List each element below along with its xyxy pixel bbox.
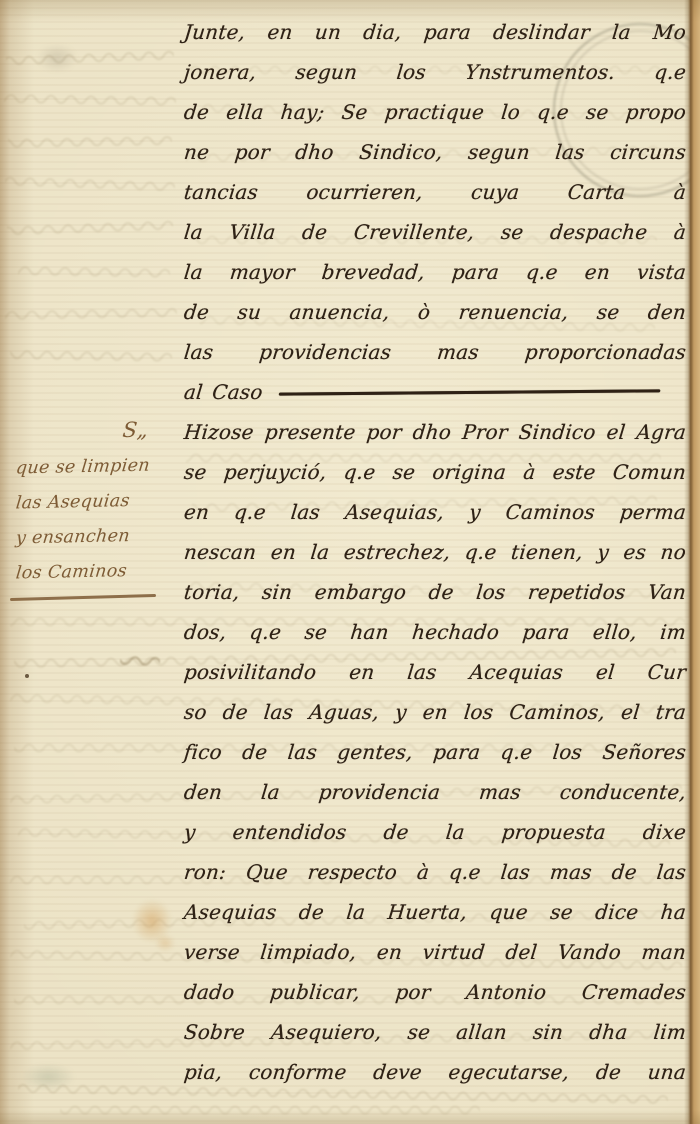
page-edge-bottom [0, 1110, 700, 1124]
manuscript-text-line: Hizose presente por dho Pror Sindico el … [182, 412, 688, 452]
line-text: den la providencia mas conducente, [183, 780, 688, 804]
line-text: de su anuencia, ò renuencia, se den [183, 300, 688, 324]
manuscript-body-text: Junte, en un dia, para deslindar la Mojo… [182, 12, 684, 1092]
manuscript-text-line: de su anuencia, ò renuencia, se den [182, 292, 688, 332]
line-text: posivilitando en las Acequias el Cur [183, 660, 688, 684]
line-text: ron: Que respecto à q.e las mas de las [183, 860, 688, 884]
manuscript-text-line: en q.e las Asequias, y Caminos perma [182, 492, 688, 532]
line-text: Asequias de la Huerta, que se dice ha [183, 900, 688, 924]
manuscript-text-line: se perjuyció, q.e se origina à este Comu… [182, 452, 688, 492]
manuscript-text-line: fico de las gentes, para q.e los Señores [182, 732, 688, 772]
line-text: so de las Aguas, y en los Caminos, el tr… [183, 700, 688, 724]
manuscript-text-line: den la providencia mas conducente, [182, 772, 688, 812]
manuscript-text-line: de ella hay; Se practique lo q.e se prop… [182, 92, 688, 132]
line-text: nescan en la estrechez, q.e tienen, y es… [183, 540, 688, 564]
manuscript-text-line: so de las Aguas, y en los Caminos, el tr… [182, 692, 688, 732]
manuscript-text-line: jonera, segun los Ynstrumentos. q.e [182, 52, 688, 92]
line-text: Sobre Asequiero, se allan sin dha lim [183, 1020, 688, 1044]
line-text: las providencias mas proporcionadas [183, 340, 688, 364]
manuscript-text-line: ne por dho Sindico, segun las circuns [182, 132, 688, 172]
inked-rule [278, 389, 660, 395]
page-edge-top [0, 0, 700, 22]
manuscript-text-line: tancias ocurrieren, cuya Carta à [182, 172, 688, 212]
line-text: ne por dho Sindico, segun las circuns [183, 140, 688, 164]
line-text: jonera, segun los Ynstrumentos. q.e [183, 60, 688, 84]
manuscript-text-line: Asequias de la Huerta, que se dice ha [182, 892, 688, 932]
manuscript-text-line: las providencias mas proporcionadas [182, 332, 688, 372]
line-text: pia, conforme deve egecutarse, de una [183, 1060, 688, 1084]
top-left-smudge [28, 38, 86, 78]
line-text: dado publicar, por Antonio Cremades [183, 980, 688, 1004]
manuscript-text-line: al Caso [182, 372, 688, 412]
binding-gutter [0, 0, 36, 1124]
line-text: fico de las gentes, para q.e los Señores [183, 740, 688, 764]
line-text: Hizose presente por dho Pror Sindico el … [183, 420, 688, 444]
manuscript-text-line: y entendidos de la propuesta dixe [182, 812, 688, 852]
line-text: verse limpiado, en virtud del Vando man [183, 940, 688, 964]
line-text: toria, sin embargo de los repetidos Van [183, 580, 688, 604]
line-text: en q.e las Asequias, y Caminos perma [183, 500, 688, 524]
manuscript-text-line: nescan en la estrechez, q.e tienen, y es… [182, 532, 688, 572]
manuscript-text-line: ron: Que respecto à q.e las mas de las [182, 852, 688, 892]
line-text: tancias ocurrieren, cuya Carta à [183, 180, 688, 204]
line-text: se perjuyció, q.e se origina à este Comu… [183, 460, 688, 484]
manuscript-text-line: toria, sin embargo de los repetidos Van [182, 572, 688, 612]
rust-stain [124, 890, 180, 952]
manuscript-text-line: la Villa de Crevillente, se despache à [182, 212, 688, 252]
manuscript-text-line: verse limpiado, en virtud del Vando man [182, 932, 688, 972]
manuscript-text-line: dos, q.e se han hechado para ello, im [182, 612, 688, 652]
manuscript-text-line: Sobre Asequiero, se allan sin dha lim [182, 1012, 688, 1052]
line-text: y entendidos de la propuesta dixe [183, 820, 688, 844]
line-text: la Villa de Crevillente, se despache à [183, 220, 688, 244]
page-edge-right [684, 0, 700, 1124]
bleedthrough-mark [120, 654, 160, 669]
line-text: de ella hay; Se practique lo q.e se prop… [183, 100, 688, 124]
rust-stain-small [150, 930, 180, 956]
manuscript-text-line: pia, conforme deve egecutarse, de una [182, 1052, 688, 1092]
manuscript-text-line: dado publicar, por Antonio Cremades [182, 972, 688, 1012]
line-text: Junte, en un dia, para deslindar la Mo [183, 20, 688, 44]
line-text: la mayor brevedad, para q.e en vista [183, 260, 688, 284]
manuscript-text-line: posivilitando en las Acequias el Cur [182, 652, 688, 692]
line-text: al Caso [182, 372, 265, 412]
line-text: dos, q.e se han hechado para ello, im [183, 620, 688, 644]
manuscript-text-line: la mayor brevedad, para q.e en vista [182, 252, 688, 292]
manuscript-page: S„ que se limpienlas Asequiasy ensanchen… [0, 0, 700, 1124]
bleedthrough-mark [18, 265, 170, 282]
